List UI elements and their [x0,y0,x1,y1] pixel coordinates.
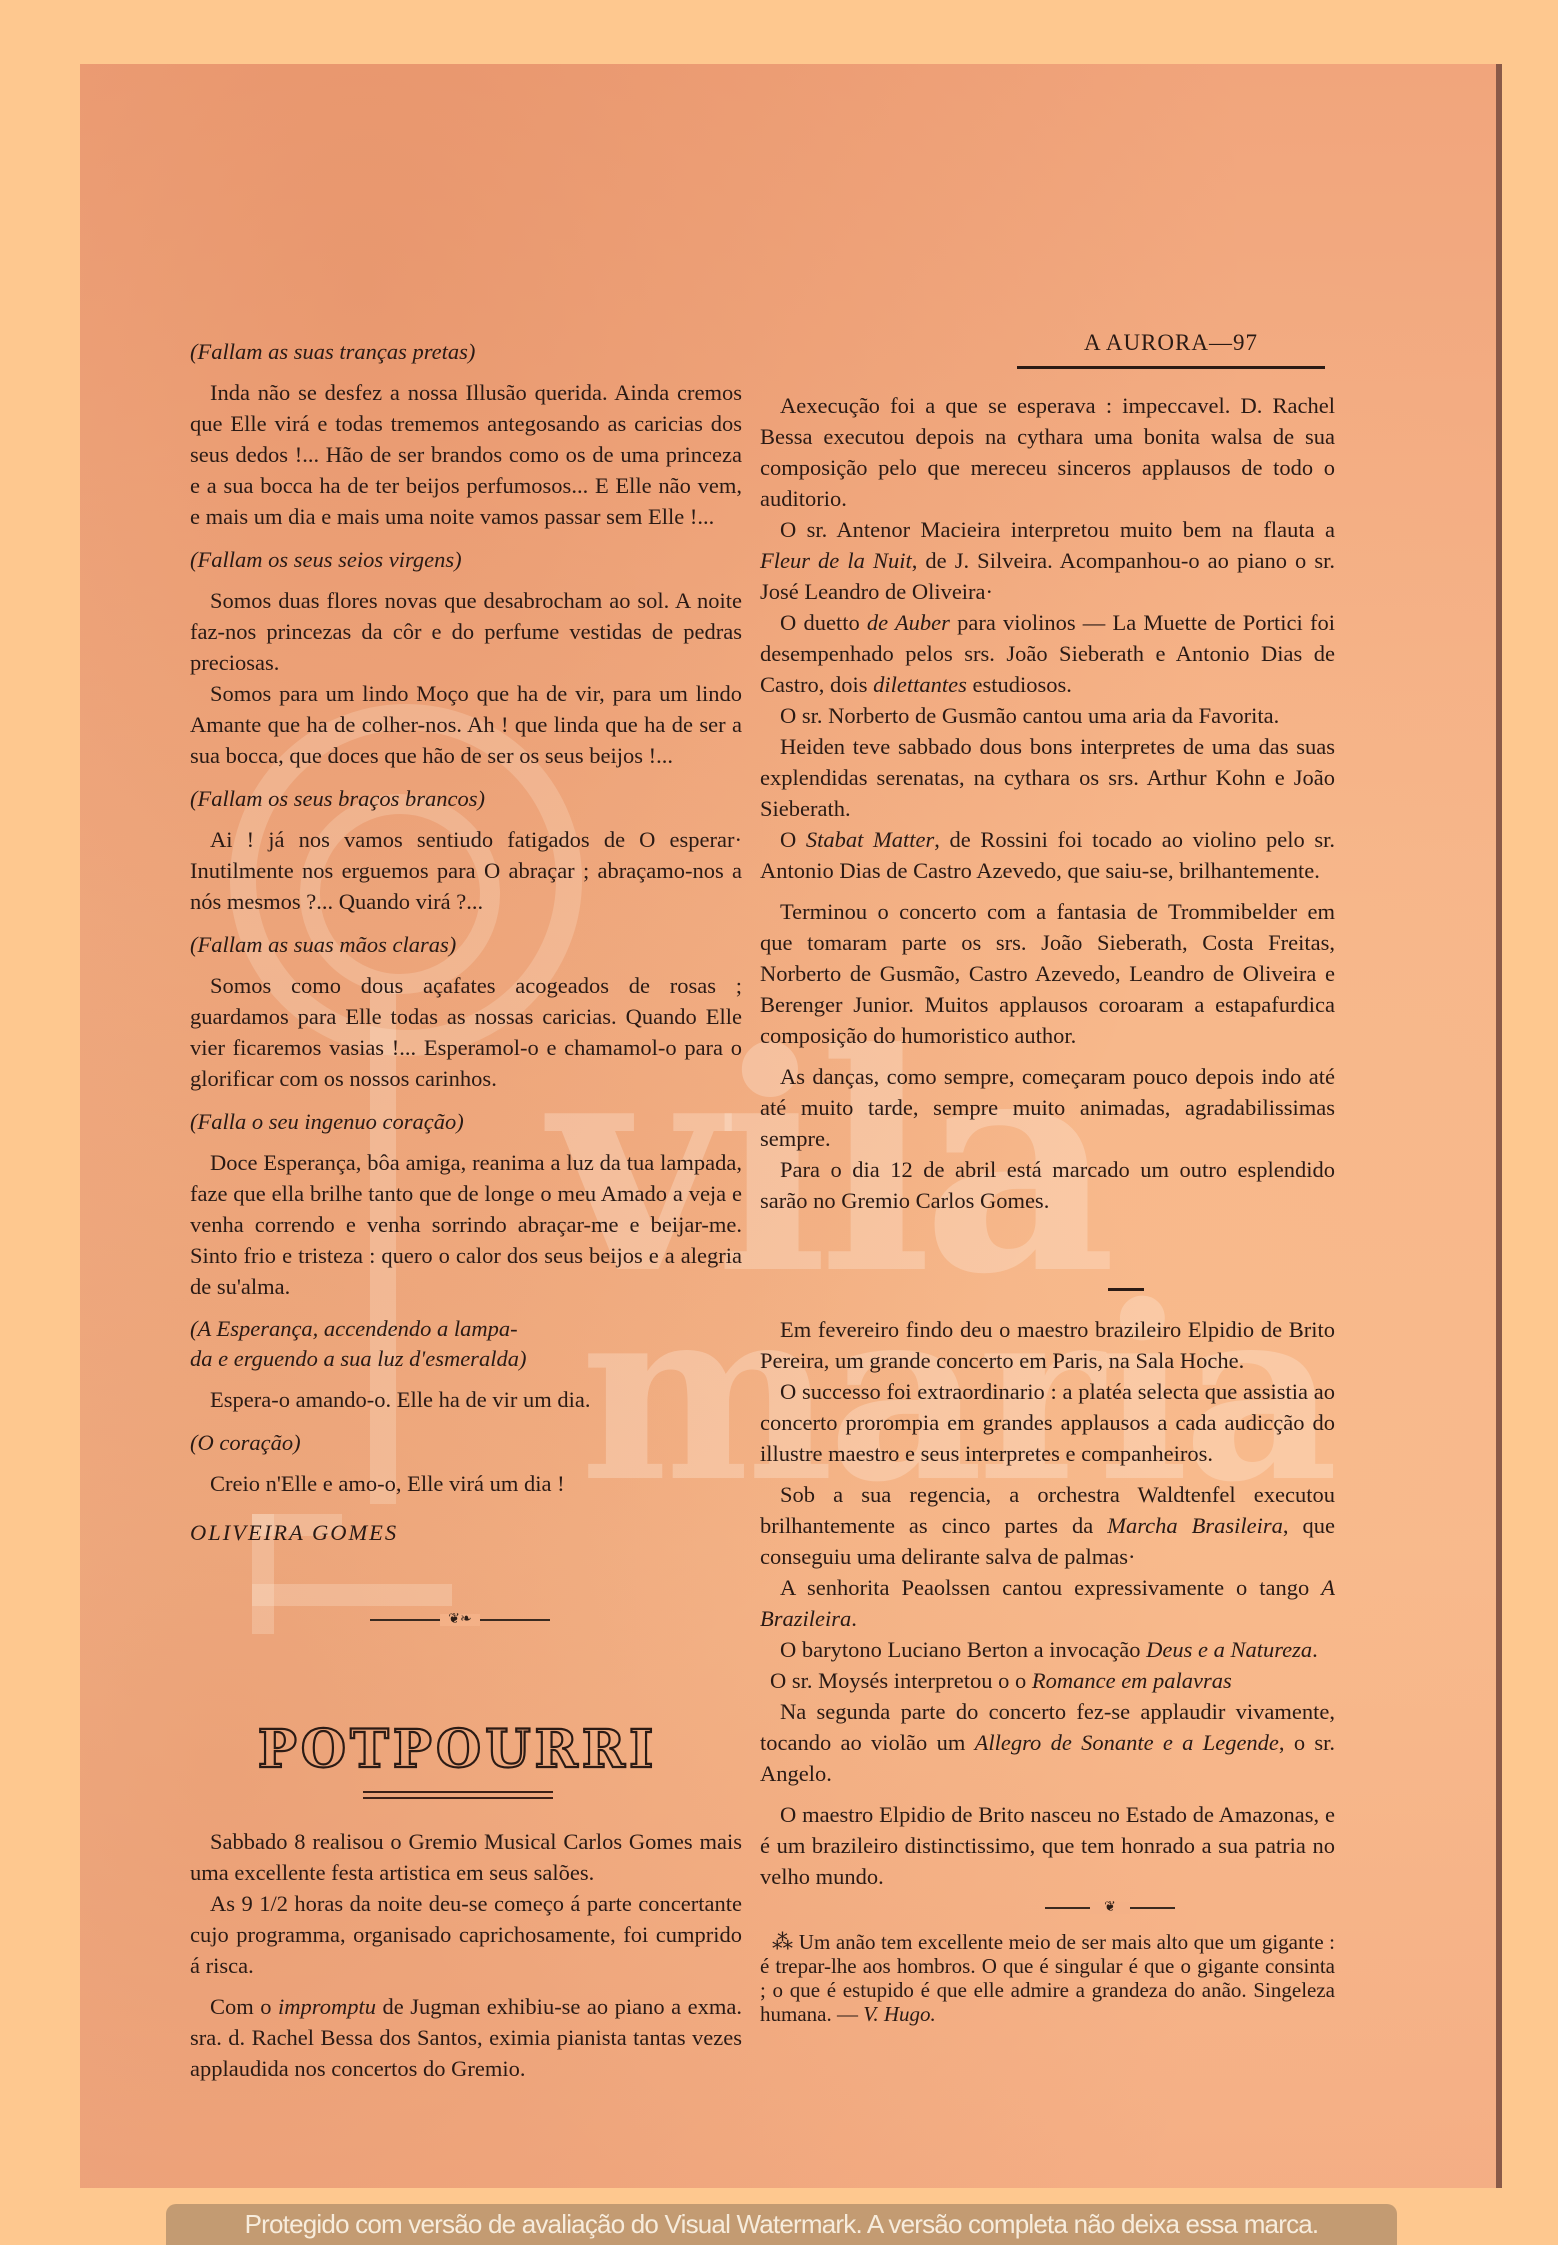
text-run: A senhorita Peaolssen cantou expressivam… [780,1575,1321,1600]
epigram: ⁂ Um anão tem excellente meio de ser mai… [760,1930,1335,2026]
stage-direction-line: da e erguendo a sua luz d'esmeralda) [190,1346,526,1371]
text-run: Com o [210,1994,278,2019]
paragraph: Doce Esperança, bôa amiga, reanima a luz… [190,1147,742,1302]
title-rule-bottom [363,1797,553,1799]
text-run: O [780,827,806,852]
paragraph: Somos duas flores novas que desabrocham … [190,585,742,678]
ornamental-divider: ❦❧ [370,1614,550,1626]
italic-title: Deus e a Natureza [1146,1637,1312,1662]
paragraph: O maestro Elpidio de Brito nasceu no Est… [760,1799,1335,1892]
text-run: Um anão tem excellente meio de ser mais … [760,1930,1335,2026]
stage-direction-line: (A Esperança, accendendo a lampa- [190,1316,518,1341]
paragraph: Em fevereiro findo deu o maestro brazile… [760,1314,1335,1376]
paragraph: Terminou o concerto com a fantasia de Tr… [760,896,1335,1051]
stage-direction: (Falla o seu ingenuo coração) [190,1106,742,1137]
potpourri-article-left: Sabbado 8 realisou o Gremio Musical Carl… [190,1826,742,2084]
paragraph: O duetto de Auber para violinos — La Mue… [760,607,1335,700]
paragraph: O sr. Antenor Macieira interpretou muito… [760,514,1335,607]
flourish-icon: ❦ [1090,1902,1130,1914]
italic-title: Allegro de Sonante e a Legende [975,1730,1279,1755]
paragraph: Somos para um lindo Moço que ha de vir, … [190,678,742,771]
text-run: . [851,1606,857,1631]
paragraph: Na segunda parte do concerto fez-se appl… [760,1696,1335,1789]
paragraph: Para o dia 12 de abril está marcado um o… [760,1154,1335,1216]
italic-title: Romance em palavras [1032,1668,1232,1693]
paragraph: Inda não se desfez a nossa Illusão queri… [190,377,742,532]
paragraph: O successo foi extraordinario : a platéa… [760,1376,1335,1469]
title-rule-top [363,1791,553,1793]
text-run: O barytono Luciano Berton a invocação [780,1637,1146,1662]
author-signature: OLIVEIRA GOMES [190,1517,742,1548]
paragraph: Ai ! já nos vamos sentiudo fatigados de … [190,824,742,917]
stage-direction: (A Esperança, accendendo a lampa-da e er… [190,1314,742,1374]
paragraph: Sob a sua regencia, a orchestra Waldtenf… [760,1479,1335,1572]
paragraph: As 9 1/2 horas da noite deu-se começo á … [190,1888,742,1981]
ornamental-divider: ❦ [1045,1902,1175,1914]
asterism-icon: ⁂ [772,1930,793,1954]
epigram-text: ⁂ Um anão tem excellente meio de ser mai… [760,1930,1335,2026]
stage-direction: (Fallam as suas mãos claras) [190,929,742,960]
left-column-article: (Fallam as suas tranças pretas) Inda não… [190,336,742,1548]
paragraph: Aexecução foi a que se esperava : impecc… [760,390,1335,514]
paragraph: Somos como dous açafates acogeados de ro… [190,970,742,1094]
italic-title: de Auber [867,610,950,635]
watermark-logo-bar [252,1584,452,1606]
text-run: O sr. Moysés interpretou o o [770,1668,1032,1693]
stage-direction: (O coração) [190,1427,742,1458]
right-column-article: Aexecução foi a que se esperava : impecc… [760,390,1335,1216]
paragraph: Creio n'Elle e amo-o, Elle virá um dia ! [190,1468,742,1499]
italic-title: Fleur de la Nuit [760,548,912,573]
paragraph: A senhorita Peaolssen cantou expressivam… [760,1572,1335,1634]
newspaper-page: vila maria A AURORA—97 (Fallam as suas t… [80,64,1502,2188]
paragraph: O sr. Norberto de Gusmão cantou uma aria… [760,700,1335,731]
paragraph: As danças, como sempre, começaram pouco … [760,1061,1335,1154]
text-run: O duetto [780,610,867,635]
italic-title: Marcha Brasileira [1107,1513,1283,1538]
text-run: . [1312,1637,1318,1662]
stage-direction: (Fallam os seus braços brancos) [190,783,742,814]
paragraph: O sr. Moysés interpretou o o Romance em … [760,1665,1335,1696]
stage-direction: (Fallam as suas tranças pretas) [190,336,742,367]
paragraph: O barytono Luciano Berton a invocação De… [760,1634,1335,1665]
evaluation-watermark-notice: Protegido com versão de avaliação do Vis… [166,2204,1397,2245]
italic-word: dilettantes [873,672,967,697]
text-run: estudiosos. [967,672,1072,697]
paragraph: Sabbado 8 realisou o Gremio Musical Carl… [190,1826,742,1888]
flourish-icon: ❦❧ [440,1614,480,1626]
epigram-author: V. Hugo. [863,2002,936,2026]
section-title: POTPOURRI [220,1719,695,1780]
running-head: A AURORA—97 [1017,330,1325,356]
paragraph: Espera-o amando-o. Elle ha de vir um dia… [190,1384,742,1415]
paragraph: O Stabat Matter, de Rossini foi tocado a… [760,824,1335,886]
text-run: O sr. Antenor Macieira interpretou muito… [780,517,1335,542]
stage-direction: (Fallam os seus seios virgens) [190,544,742,575]
running-head-rule [1017,366,1325,369]
paragraph: Heiden teve sabbado dous bons interprete… [760,731,1335,824]
right-column-article-2: Em fevereiro findo deu o maestro brazile… [760,1314,1335,1892]
italic-title: Stabat Matter [806,827,934,852]
italic-title: impromptu [278,1994,376,2019]
paragraph: Com o impromptu de Jugman exhibiu-se ao … [190,1991,742,2084]
section-separator-dash [1108,1288,1144,1291]
